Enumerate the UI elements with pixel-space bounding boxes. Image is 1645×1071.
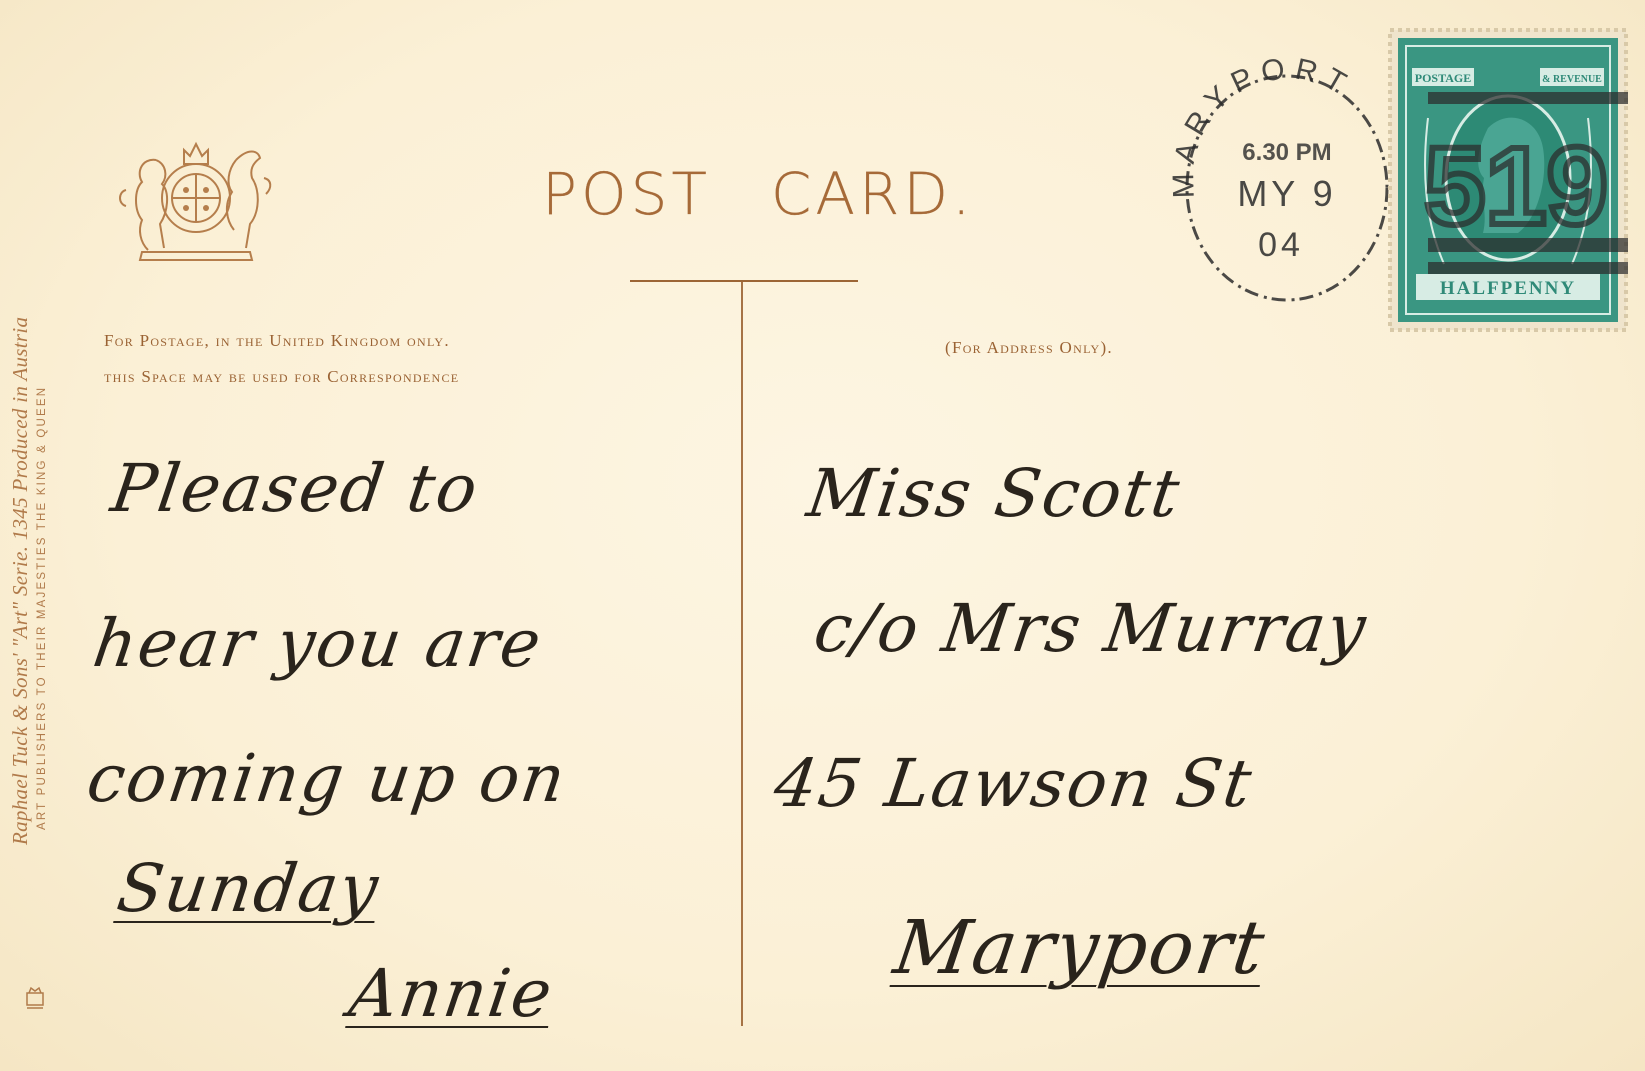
address-instruction: (For Address Only). [945, 338, 1113, 358]
tuck-easel-logo-icon [24, 985, 46, 1011]
publisher-imprint: Raphael Tuck & Sons' "Art" Serie. 1345 P… [8, 317, 48, 845]
postcard-back: Raphael Tuck & Sons' "Art" Serie. 1345 P… [0, 0, 1645, 1071]
heading-post: POST [542, 160, 711, 228]
halfpenny-stamp-icon: POSTAGE & REVENUE HALFPENNY 519 [1388, 28, 1628, 332]
address-line-3: 45 Lawson St [770, 745, 1258, 822]
stamp-cancel-number: 519 [1424, 125, 1608, 248]
divider-vertical [741, 281, 743, 1026]
address-line-2: c/o Mrs Murray [810, 590, 1373, 667]
divider-horizontal [630, 280, 858, 282]
correspondence-instruction-line1: For Postage, in the United Kingdom only. [104, 331, 450, 351]
stamp-revenue: & REVENUE [1542, 74, 1602, 85]
address-line-1: Miss Scott [803, 455, 1186, 532]
heading-card: CARD. [771, 160, 975, 228]
postmark-year: 04 [1258, 226, 1304, 264]
message-line-2: hear you are [89, 605, 548, 682]
postmark-time: 6.30 PM [1242, 139, 1331, 166]
message-signature: Annie [345, 955, 559, 1032]
postcard-heading: POSTCARD. [542, 160, 974, 228]
message-line-4: Sunday [113, 850, 385, 927]
stamp-postage: POSTAGE [1415, 71, 1471, 85]
postmark-icon: MARYPORT 6.30 PM MY 9 04 [1165, 48, 1405, 308]
royal-coat-of-arms-icon [112, 120, 280, 268]
postmark-date: MY 9 [1237, 173, 1336, 214]
message-line-3: coming up on [83, 740, 572, 817]
stamp-value: HALFPENNY [1440, 278, 1576, 299]
publisher-imprint-line1: Raphael Tuck & Sons' "Art" Serie. 1345 P… [8, 317, 36, 845]
message-line-1: Pleased to [107, 450, 484, 527]
publisher-imprint-line2: ART PUBLISHERS TO THEIR MAJESTIES THE KI… [36, 317, 48, 830]
correspondence-instruction-line2: this Space may be used for Correspondenc… [104, 367, 459, 387]
address-line-4: Maryport [889, 905, 1271, 991]
